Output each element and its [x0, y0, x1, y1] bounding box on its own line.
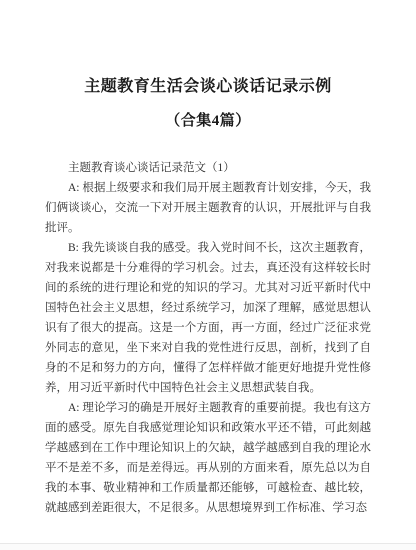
paragraph-speaker-b-1: B: 我先谈谈自我的感受。我入党时间不长，这次主题教育，对我来说都是十分难得的学…: [45, 238, 371, 398]
paragraph-speaker-a-2: A: 理论学习的确是开展好主题教育的重要前提。我也有这方面的感受。原先自我感觉理…: [45, 398, 371, 518]
paragraph-speaker-a-1: A: 根据上级要求和我们局开展主题教育计划安排，今天，我们俩谈谈心，交流一下对开…: [45, 178, 371, 238]
section-heading: 主题教育谈心谈话记录范文（1）: [45, 158, 371, 178]
document-page: 主题教育生活会谈心谈话记录示例 （合集4篇） 主题教育谈心谈话记录范文（1） A…: [0, 0, 416, 550]
document-subtitle: （合集4篇）: [0, 113, 416, 129]
page-bottom-edge: [0, 543, 416, 550]
document-title: 主题教育生活会谈心谈话记录示例: [0, 0, 416, 96]
document-body: 主题教育谈心谈话记录范文（1） A: 根据上级要求和我们局开展主题教育计划安排，…: [45, 158, 371, 518]
